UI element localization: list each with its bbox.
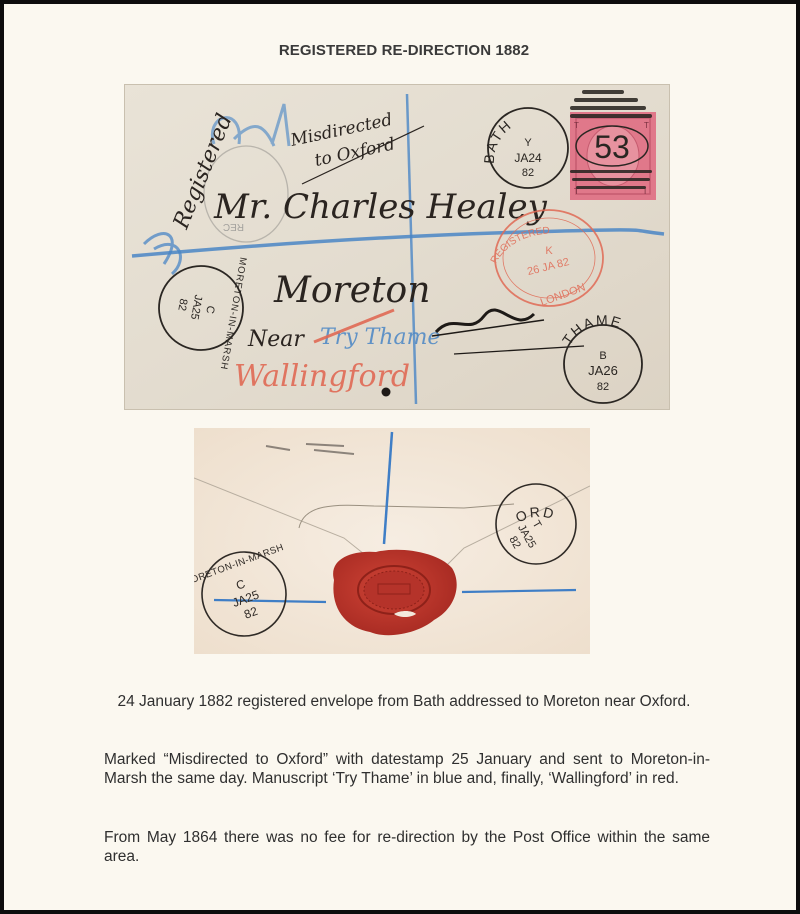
svg-text:T: T [574, 121, 579, 130]
svg-text:B: B [599, 350, 606, 362]
near-manuscript: Near [247, 327, 305, 352]
svg-text:K: K [545, 245, 553, 257]
caption-fee-note: From May 1864 there was no fee for re-di… [104, 828, 710, 866]
exhibit-page: REGISTERED RE-DIRECTION 1882 [4, 4, 796, 910]
svg-text:JA24: JA24 [514, 151, 542, 165]
caption-redirection-notes: Marked “Misdirected to Oxford” with date… [104, 750, 710, 788]
page-title: REGISTERED RE-DIRECTION 1882 [4, 42, 796, 59]
try-thame-manuscript: Try Thame [320, 325, 440, 350]
addressee-manuscript: Mr. Charles Healey [213, 187, 548, 227]
svg-text:82: 82 [175, 298, 189, 312]
svg-text:82: 82 [597, 381, 609, 393]
caption-description: 24 January 1882 registered envelope from… [100, 692, 708, 711]
duplex-numeral: 53 [594, 129, 630, 165]
svg-text:82: 82 [522, 167, 534, 179]
svg-text:Y: Y [524, 137, 532, 149]
svg-text:T: T [644, 121, 649, 130]
town-manuscript: Moreton [273, 270, 430, 311]
envelope-front-image: REC Registered Misdirected to Oxford Mr.… [124, 84, 670, 410]
envelope-back-image: OXFORD T JA25 82 MORETON-IN-MARSH C JA25… [194, 428, 590, 654]
svg-text:JA26: JA26 [588, 363, 618, 378]
